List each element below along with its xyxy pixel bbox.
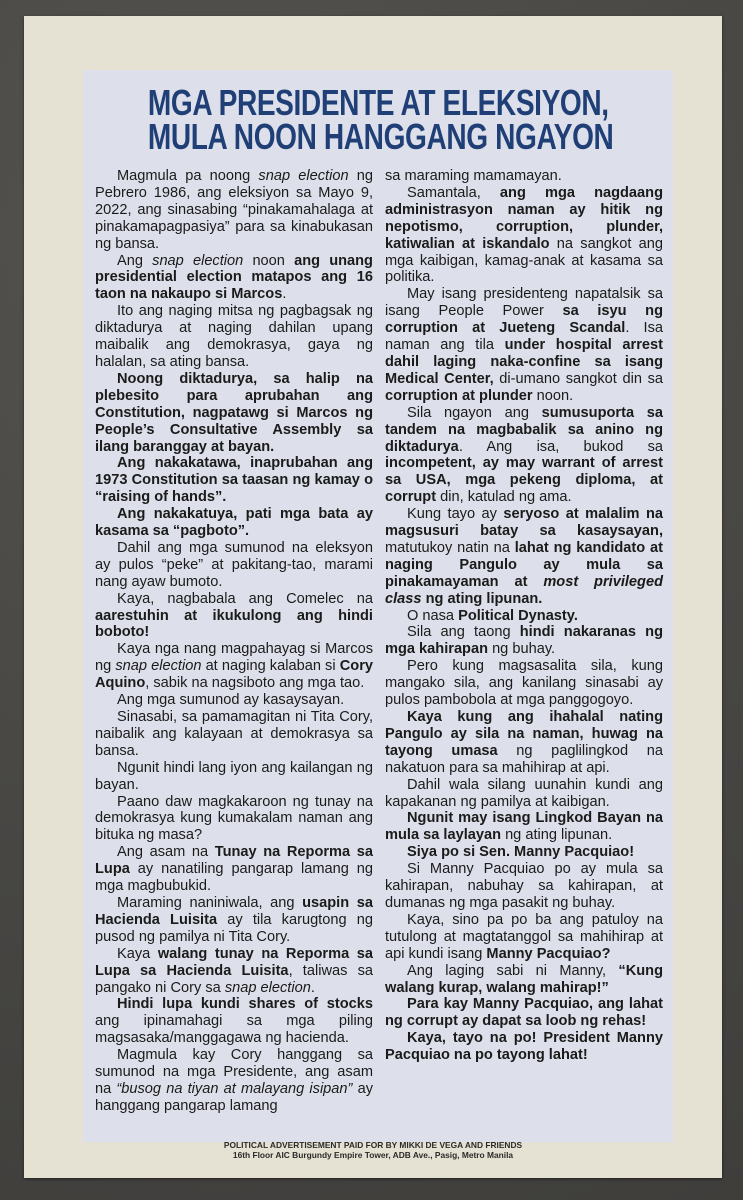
paragraph: Noong diktadurya, sa halip na plebesito … (95, 371, 373, 456)
paragraph: Ang asam na Tunay na Reporma sa Lupa ay … (95, 844, 373, 895)
paragraph: Ang snap election noon ang unang preside… (95, 253, 373, 304)
paragraph: Ang laging sabi ni Manny, “Kung walang k… (385, 963, 663, 997)
paragraph: Kung tayo ay seryoso at malalim na magsu… (385, 506, 663, 607)
paragraph: Ang nakakatawa, inaprubahan ang 1973 Con… (95, 455, 373, 506)
paragraph: Ang mga sumunod ay kasaysayan. (95, 692, 373, 709)
right-column: sa maraming mamamayan.Samantala, ang mga… (385, 168, 663, 1115)
headline: MGA PRESIDENTE AT ELEKSIYON, MULA NOON H… (148, 86, 608, 154)
paragraph: Para kay Manny Pacquiao, ang lahat ng co… (385, 996, 663, 1030)
paragraph: Samantala, ang mga nagdaang administrasy… (385, 185, 663, 286)
paragraph: Kaya, nagbabala ang Comelec na aarestuhi… (95, 591, 373, 642)
paragraph: Hindi lupa kundi shares of stocks ang ip… (95, 996, 373, 1047)
headline-line-2: MULA NOON HANGGANG NGAYON (148, 120, 608, 154)
paragraph: Magmula kay Cory hanggang sa sumunod na … (95, 1047, 373, 1115)
paragraph: Siya po si Sen. Manny Pacquiao! (385, 844, 663, 861)
paragraph: Maraming naniniwala, ang usapin sa Hacie… (95, 895, 373, 946)
paragraph: Sinasabi, sa pamamagitan ni Tita Cory, n… (95, 709, 373, 760)
paragraph: Si Manny Pacquiao po ay mula sa kahirapa… (385, 861, 663, 912)
paragraph: Ngunit hindi lang iyon ang kailangan ng … (95, 760, 373, 794)
article-body: Magmula pa noong snap election ng Pebrer… (95, 168, 663, 1115)
disclaimer-line: POLITICAL ADVERTISEMENT PAID FOR BY MIKK… (24, 1140, 722, 1150)
headline-line-1: MGA PRESIDENTE AT ELEKSIYON, (148, 86, 608, 120)
newspaper-page: MGA PRESIDENTE AT ELEKSIYON, MULA NOON H… (24, 16, 722, 1178)
paragraph: Ito ang naging mitsa ng pagbagsak ng dik… (95, 303, 373, 371)
paragraph: Kaya kung ang ihahalal nating Pangulo ay… (385, 709, 663, 777)
paragraph: Kaya walang tunay na Reporma sa Lupa sa … (95, 946, 373, 997)
address-line: 16th Floor AIC Burgundy Empire Tower, AD… (24, 1150, 722, 1160)
paragraph: May isang presidenteng napatalsik sa isa… (385, 286, 663, 404)
left-column: Magmula pa noong snap election ng Pebrer… (95, 168, 373, 1115)
paragraph: Kaya nga nang magpahayag si Marcos ng sn… (95, 641, 373, 692)
paragraph: Sila ang taong hindi nakaranas ng mga ka… (385, 624, 663, 658)
paragraph: Pero kung magsasalita sila, kung mangako… (385, 658, 663, 709)
paragraph: Ngunit may isang Lingkod Bayan na mula s… (385, 810, 663, 844)
political-advertisement: MGA PRESIDENTE AT ELEKSIYON, MULA NOON H… (83, 70, 673, 1142)
paragraph: Sila ngayon ang sumusuporta sa tandem na… (385, 405, 663, 506)
paragraph: sa maraming mamamayan. (385, 168, 663, 185)
paragraph: Kaya, tayo na po! President Manny Pacqui… (385, 1030, 663, 1064)
paragraph: Dahil ang mga sumunod na eleksyon ay pul… (95, 540, 373, 591)
paragraph: Ang nakakatuya, pati mga bata ay kasama … (95, 506, 373, 540)
paragraph: Dahil wala silang uunahin kundi ang kapa… (385, 777, 663, 811)
paragraph: Paano daw magkakaroon ng tunay na demokr… (95, 794, 373, 845)
paragraph: Kaya, sino pa po ba ang patuloy na tutul… (385, 912, 663, 963)
paragraph: Magmula pa noong snap election ng Pebrer… (95, 168, 373, 253)
paragraph: O nasa Political Dynasty. (385, 608, 663, 625)
ad-disclaimer-footer: POLITICAL ADVERTISEMENT PAID FOR BY MIKK… (24, 1140, 722, 1160)
